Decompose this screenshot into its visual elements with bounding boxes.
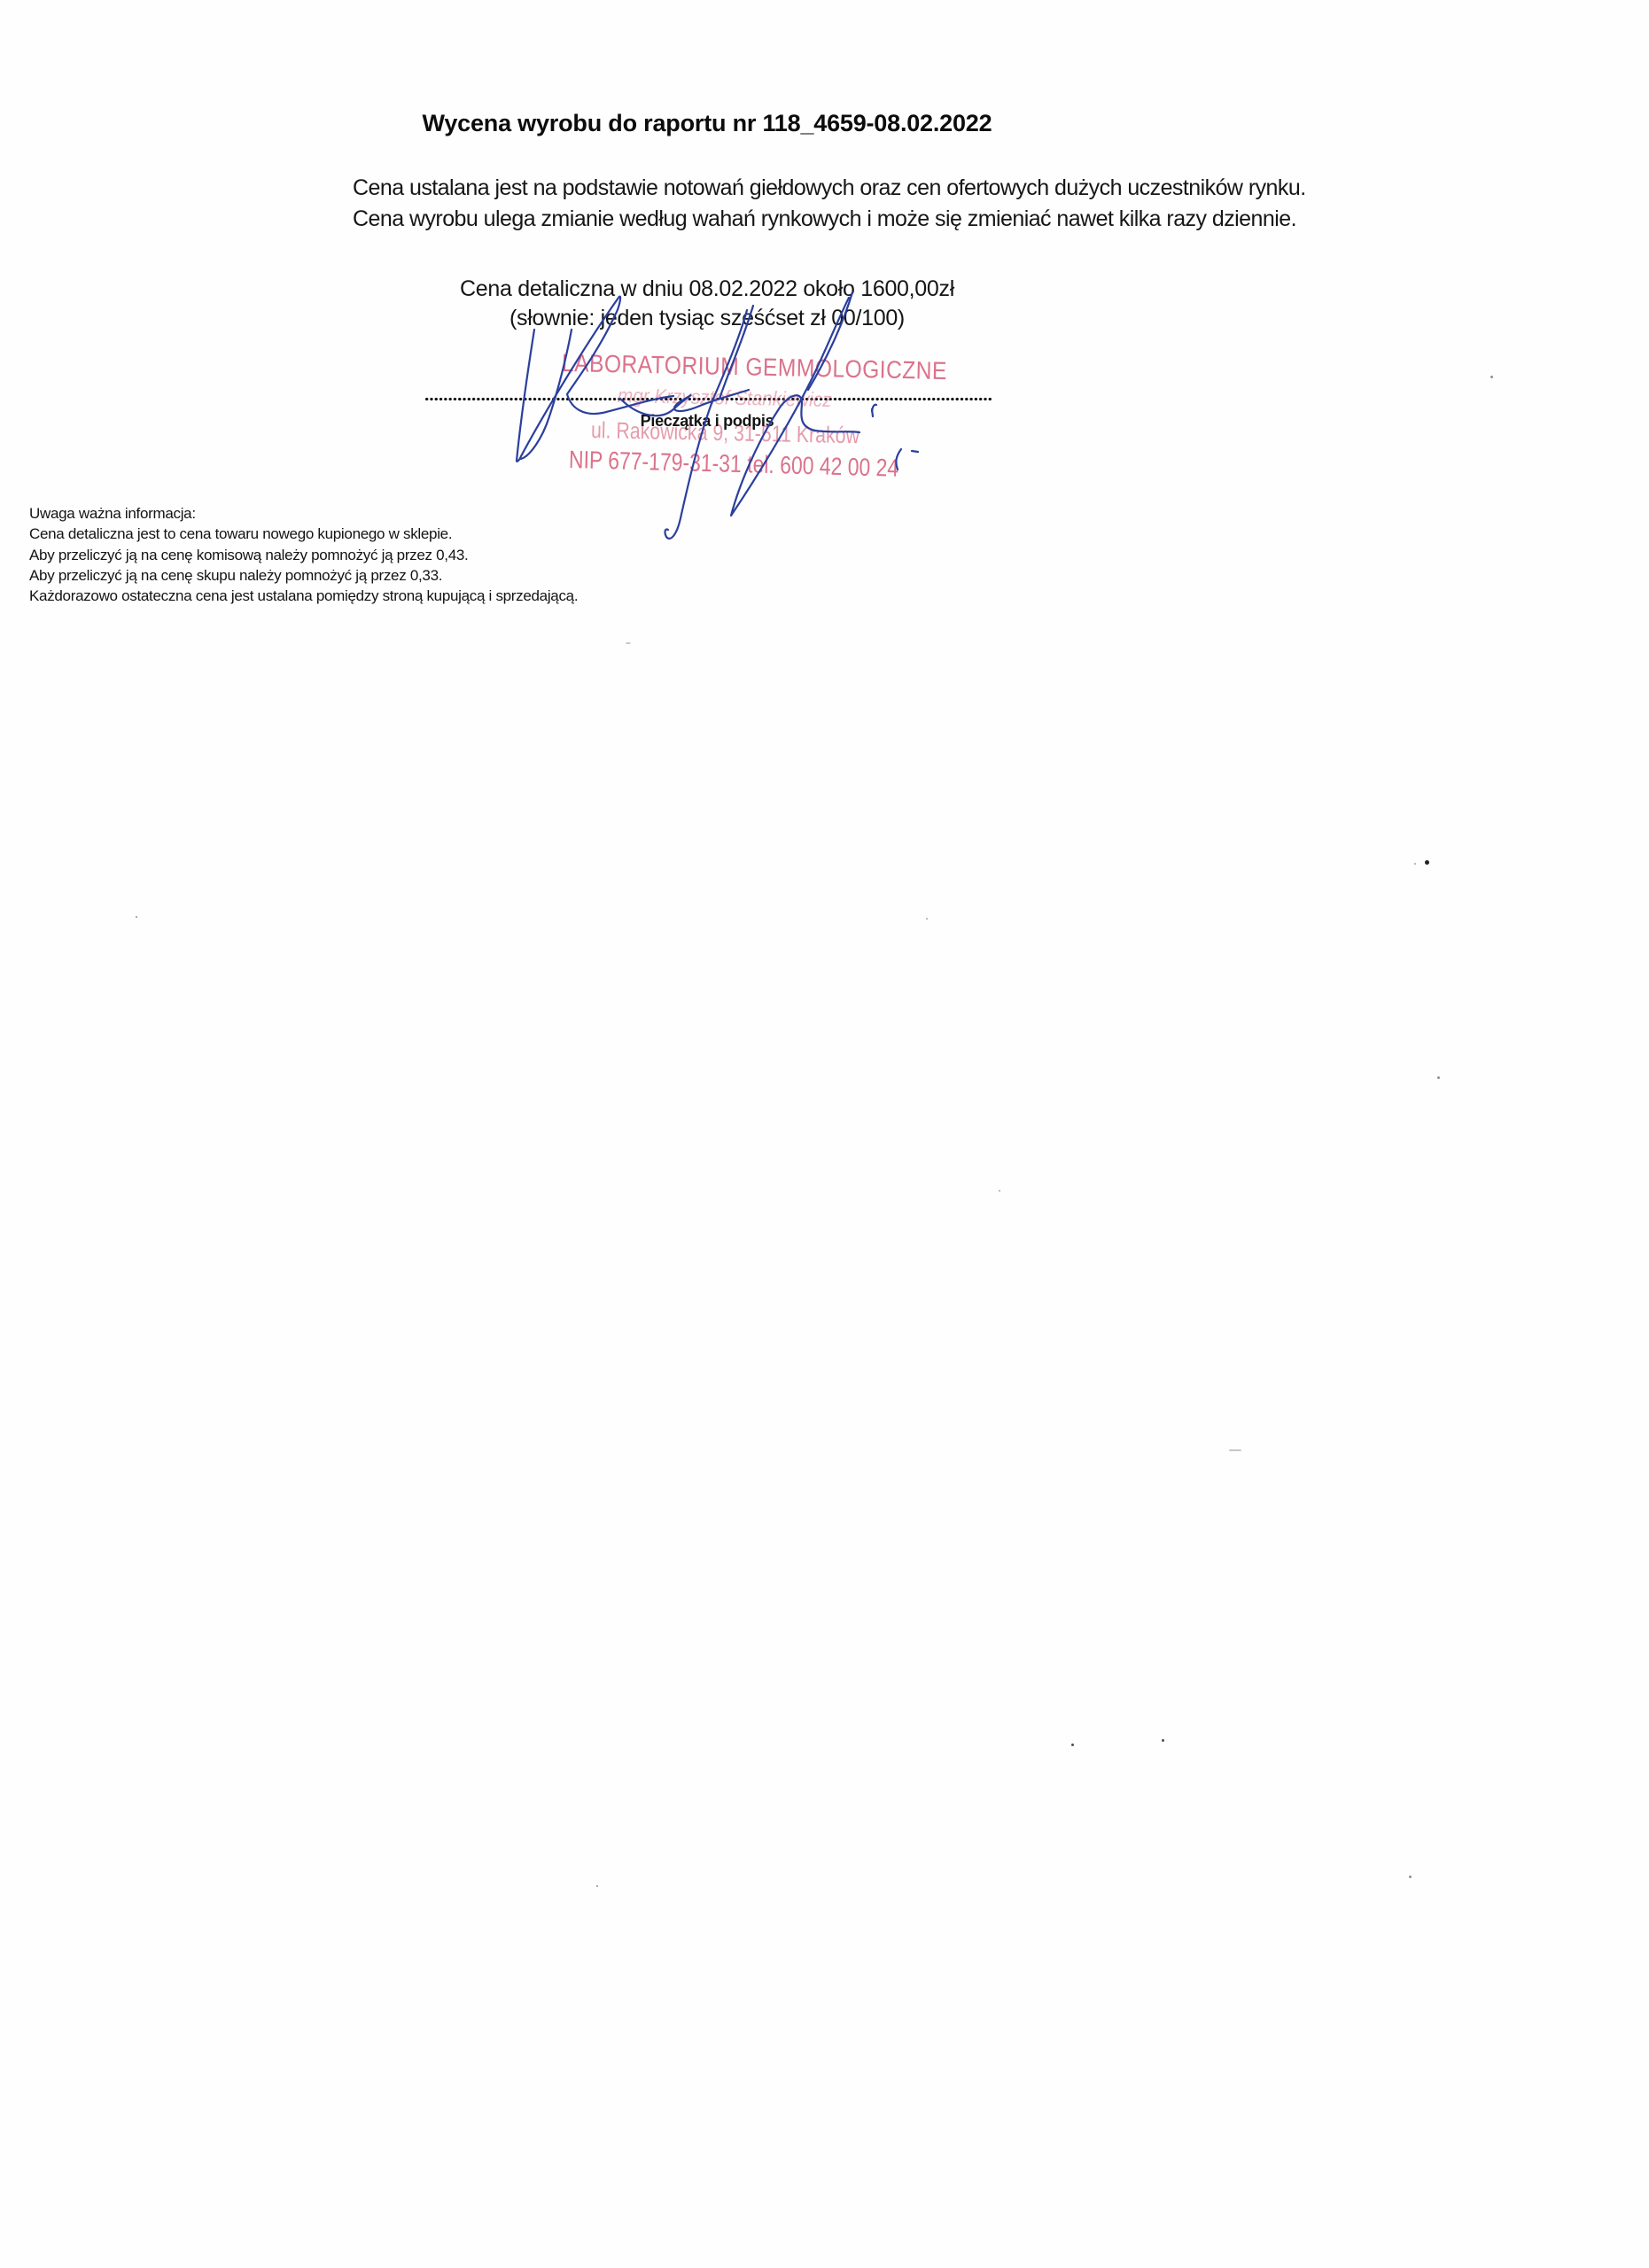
scan-speck (626, 642, 631, 644)
note-line: Każdorazowo ostateczna cena jest ustalan… (29, 586, 578, 606)
stamp-nip-phone: NIP 677-179-31-31 tel. 600 42 00 24 (569, 446, 899, 483)
note-line: Cena detaliczna jest to cena towaru nowe… (29, 524, 578, 544)
document-title: Wycena wyrobu do raportu nr 118_4659-08.… (353, 110, 1062, 137)
document-page: Wycena wyrobu do raportu nr 118_4659-08.… (0, 0, 1649, 2268)
scan-speck (999, 1190, 1000, 1192)
scan-speck (596, 1885, 598, 1887)
important-notes: Uwaga ważna informacja: Cena detaliczna … (29, 503, 578, 606)
stamp-owner-name: mgr Krzysztof Stankiewicz (618, 384, 832, 412)
handwritten-signature-icon (0, 0, 1649, 2268)
scan-speck (1409, 1876, 1412, 1878)
stamp-lab-name: LABORATORIUM GEMMOLOGICZNE (562, 349, 948, 385)
notes-heading: Uwaga ważna informacja: (29, 503, 578, 524)
scan-speck (136, 916, 137, 918)
scan-speck (1414, 863, 1416, 865)
scan-speck (926, 918, 928, 920)
intro-line-2: Cena wyrobu ulega zmianie według wahań r… (353, 206, 1062, 232)
scan-speck (1437, 1076, 1440, 1079)
scan-speck (1229, 1449, 1241, 1451)
stamp-and-signature-label: Pieczątka i podpis (353, 412, 1062, 431)
scan-speck (1162, 1739, 1164, 1742)
intro-line-1: Cena ustalana jest na podstawie notowań … (353, 175, 1062, 201)
scan-speck (1071, 1744, 1074, 1746)
scan-speck (1490, 376, 1493, 378)
note-line: Aby przeliczyć ją na cenę skupu należy p… (29, 565, 578, 586)
retail-price-line: Cena detaliczna w dniu 08.02.2022 około … (353, 276, 1062, 302)
retail-price-in-words: (słownie: jeden tysiąc sześćset zł 00/10… (353, 306, 1062, 331)
scan-speck (1425, 860, 1429, 865)
note-line: Aby przeliczyć ją na cenę komisową należ… (29, 545, 578, 565)
